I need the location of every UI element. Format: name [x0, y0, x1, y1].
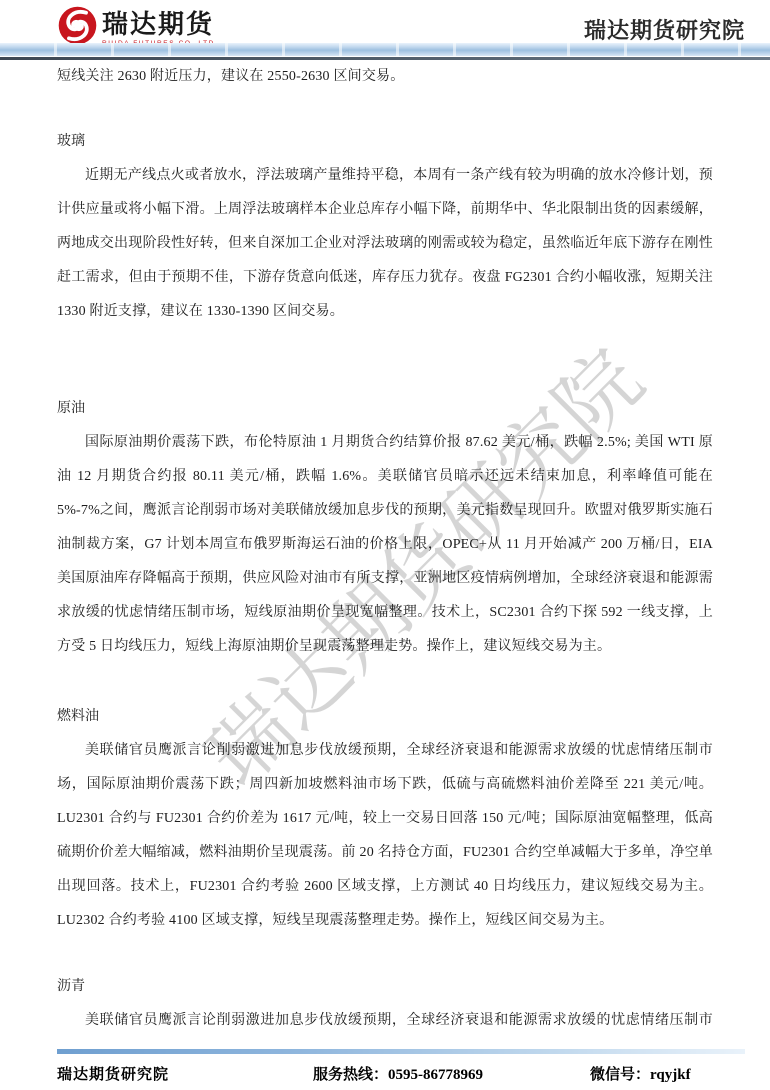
brand-logo: 瑞达期货 RUIDA FUTURES CO.,LTD.	[57, 5, 218, 47]
footer-divider-bar	[57, 1049, 745, 1054]
section-heading-fuel-oil: 燃料油	[57, 700, 713, 734]
section-crude-oil: 原油 国际原油期价震荡下跌，布伦特原油 1 月期货合约结算价报 87.62 美元…	[57, 392, 713, 664]
section-paragraph-glass: 近期无产线点火或者放水，浮法玻璃产量维持平稳，本周有一条产线有较为明确的放水冷修…	[57, 159, 713, 329]
section-heading-crude-oil: 原油	[57, 392, 713, 426]
ruida-swirl-icon	[57, 5, 98, 46]
page-footer: 瑞达期货研究院 服务热线：0595-86778969 微信号：rqyjkf	[0, 1045, 770, 1090]
header-title: 瑞达期货研究院	[584, 14, 745, 45]
footer-wechat: 微信号：rqyjkf	[590, 1063, 691, 1084]
page-header: 瑞达期货 RUIDA FUTURES CO.,LTD. 瑞达期货研究院	[0, 0, 770, 43]
section-heading-asphalt: 沥青	[57, 970, 713, 1004]
brand-text-block: 瑞达期货 RUIDA FUTURES CO.,LTD.	[102, 5, 218, 47]
document-body: 短线关注 2630 附近压力，建议在 2550-2630 区间交易。 玻璃 近期…	[57, 60, 713, 1072]
brand-name-cn: 瑞达期货	[102, 9, 218, 39]
footer-wechat-label: 微信号：	[590, 1067, 650, 1083]
section-glass: 玻璃 近期无产线点火或者放水，浮法玻璃产量维持平稳，本周有一条产线有较为明确的放…	[57, 125, 713, 329]
section-paragraph-crude-oil: 国际原油期价震荡下跌，布伦特原油 1 月期货合约结算价报 87.62 美元/桶，…	[57, 426, 713, 664]
header-divider-bar	[0, 43, 770, 56]
document-page: 瑞达期货研究院 瑞达期货 RUIDA FUTURES CO.,LTD. 瑞达期货…	[0, 0, 770, 1090]
footer-org: 瑞达期货研究院	[57, 1063, 169, 1084]
section-heading-glass: 玻璃	[57, 125, 713, 159]
paragraph-continuation: 短线关注 2630 附近压力，建议在 2550-2630 区间交易。	[57, 60, 713, 94]
footer-hotline: 服务热线：0595-86778969	[313, 1063, 483, 1084]
footer-wechat-id: rqyjkf	[650, 1067, 691, 1083]
footer-hotline-label: 服务热线：	[313, 1067, 388, 1083]
footer-hotline-number: 0595-86778969	[388, 1067, 483, 1083]
section-paragraph-fuel-oil: 美联储官员鹰派言论削弱激进加息步伐放缓预期，全球经济衰退和能源需求放缓的忧虑情绪…	[57, 734, 713, 938]
section-fuel-oil: 燃料油 美联储官员鹰派言论削弱激进加息步伐放缓预期，全球经济衰退和能源需求放缓的…	[57, 700, 713, 938]
